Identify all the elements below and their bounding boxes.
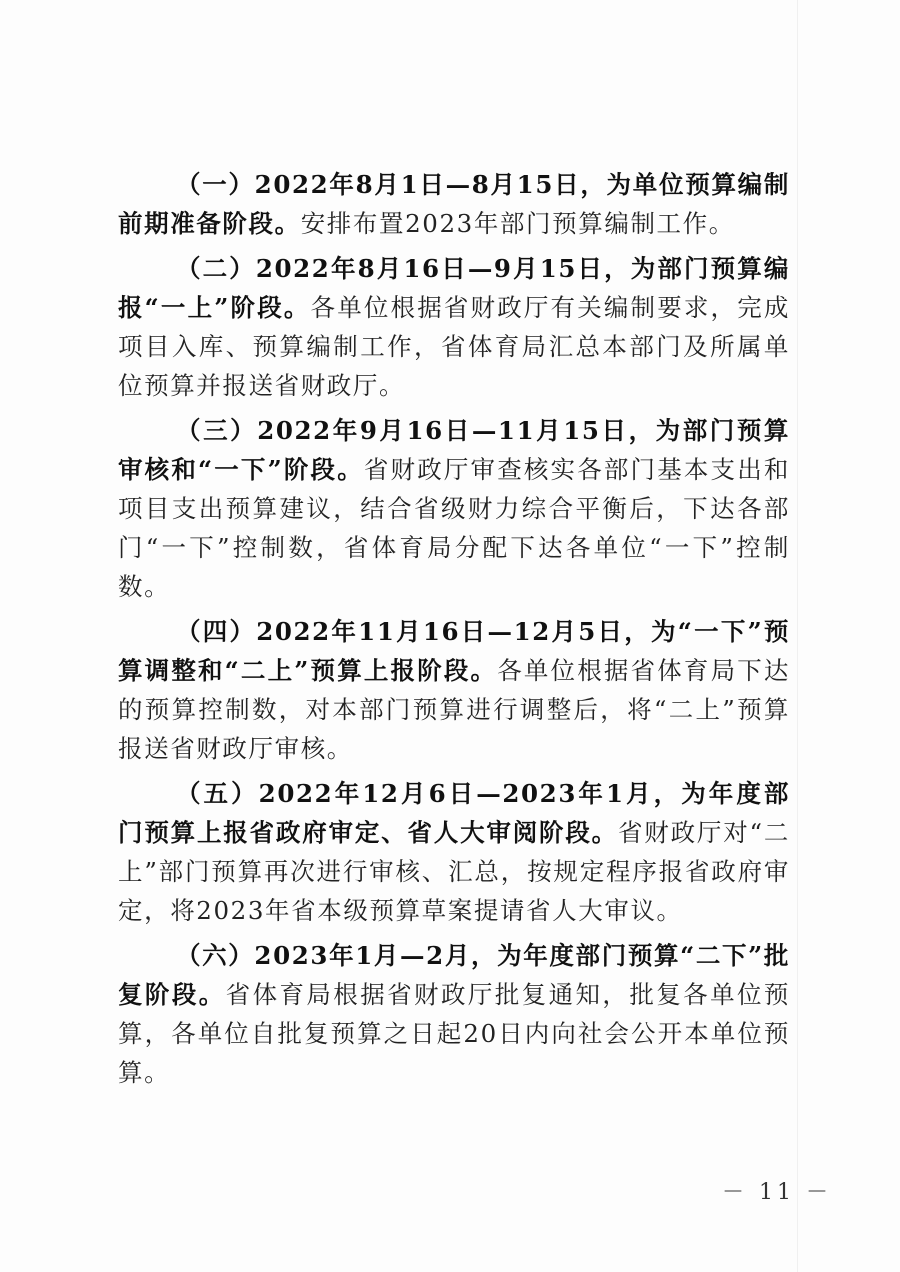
stage-1-body: 安排布置2023年部门预算编制工作。 xyxy=(301,209,735,238)
paragraph-stage-4: （四）2022年11月16日—12月5日，为“一下”预算调整和“二上”预算上报阶… xyxy=(118,612,790,768)
paragraph-stage-6: （六）2023年1月—2月，为年度部门预算“二下”批复阶段。省体育局根据省财政厅… xyxy=(118,936,790,1092)
paragraph-stage-1: （一）2022年8月1日—8月15日，为单位预算编制前期准备阶段。安排布置202… xyxy=(118,165,790,243)
document-page: （一）2022年8月1日—8月15日，为单位预算编制前期准备阶段。安排布置202… xyxy=(0,0,900,1272)
paragraph-stage-2: （二）2022年8月16日—9月15日，为部门预算编报“一上”阶段。各单位根据省… xyxy=(118,249,790,405)
scan-artifact-line xyxy=(797,0,798,1272)
document-body: （一）2022年8月1日—8月15日，为单位预算编制前期准备阶段。安排布置202… xyxy=(118,165,790,1092)
page-number: － 11 － xyxy=(722,1175,832,1206)
paragraph-stage-3: （三）2022年9月16日—11月15日，为部门预算审核和“一下”阶段。省财政厅… xyxy=(118,411,790,606)
paragraph-stage-5: （五）2022年12月6日—2023年1月，为年度部门预算上报省政府审定、省人大… xyxy=(118,774,790,930)
